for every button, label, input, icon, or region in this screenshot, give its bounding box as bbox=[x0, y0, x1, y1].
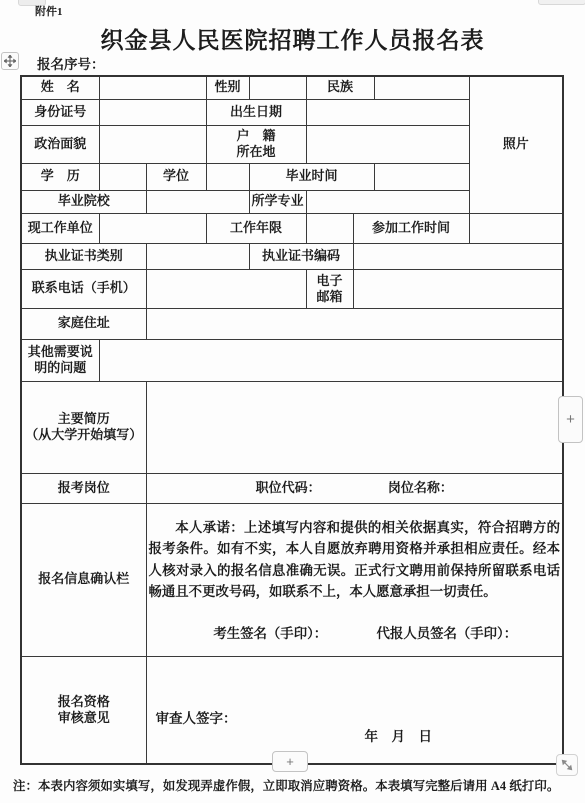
graduation-school-label-cell: 毕业院校 bbox=[21, 190, 146, 213]
phone-input-cell[interactable] bbox=[146, 269, 306, 308]
license-number-label-cell: 执业证书编码 bbox=[249, 243, 353, 269]
gender-label-cell: 性别 bbox=[206, 76, 249, 99]
ethnicity-input-cell[interactable] bbox=[374, 76, 469, 99]
review-date-line: 年 月 日 bbox=[365, 728, 433, 746]
plus-icon: + bbox=[286, 754, 294, 769]
insert-column-button[interactable]: + bbox=[558, 396, 583, 443]
license-type-input-cell[interactable] bbox=[146, 243, 249, 269]
graduation-time-label-cell: 毕业时间 bbox=[249, 163, 374, 190]
work-years-input-cell[interactable] bbox=[306, 213, 353, 243]
photo-cell[interactable]: 照片 bbox=[469, 76, 563, 213]
degree-input-cell[interactable] bbox=[206, 163, 249, 190]
confirmation-paragraph: 本人承诺：上述填写内容和提供的相关依据真实，符合招聘方的报考条件。如有不实，本人… bbox=[149, 517, 561, 603]
political-status-input-cell[interactable] bbox=[99, 125, 206, 163]
proxy-signature-label: 代报人员签名（手印）： bbox=[377, 626, 518, 641]
political-status-label-cell: 政治面貌 bbox=[21, 125, 99, 163]
insert-row-button[interactable]: + bbox=[272, 751, 308, 772]
qualification-review-content-cell[interactable]: 审查人签字： 年 月 日 bbox=[146, 656, 563, 764]
degree-label-cell: 学位 bbox=[146, 163, 206, 190]
work-start-time-label-cell: 参加工作时间 bbox=[353, 213, 469, 243]
page-title: 织金县人民医院招聘工作人员报名表 bbox=[0, 22, 585, 55]
signature-row: 考生签名（手印）： 代报人员签名（手印）： bbox=[149, 625, 561, 642]
table-move-handle[interactable] bbox=[1, 52, 19, 70]
gender-input-cell[interactable] bbox=[249, 76, 306, 99]
graduation-time-input-cell[interactable] bbox=[374, 163, 469, 190]
major-label-cell: 所学专业 bbox=[249, 190, 306, 213]
position-content-cell[interactable]: 职位代码： 岗位名称： bbox=[146, 473, 563, 503]
birth-date-label-cell: 出生日期 bbox=[206, 99, 306, 125]
home-address-label-cell: 家庭住址 bbox=[21, 308, 146, 339]
ethnicity-label-cell: 民族 bbox=[306, 76, 374, 99]
other-notes-input-cell[interactable] bbox=[99, 339, 563, 381]
license-type-label-cell: 执业证书类别 bbox=[21, 243, 146, 269]
major-input-cell[interactable] bbox=[306, 190, 469, 213]
other-notes-label-cell: 其他需要说 明的问题 bbox=[21, 339, 99, 381]
name-input-cell[interactable] bbox=[99, 76, 206, 99]
qualification-review-label-cell: 报名资格 审核意见 bbox=[21, 656, 146, 764]
serial-number-label: 报名序号： bbox=[37, 53, 105, 73]
graduation-school-input-cell[interactable] bbox=[146, 190, 249, 213]
email-input-cell[interactable] bbox=[353, 269, 563, 308]
confirmation-label-cell: 报名信息确认栏 bbox=[21, 503, 146, 656]
license-number-input-cell[interactable] bbox=[353, 243, 563, 269]
home-address-input-cell[interactable] bbox=[146, 308, 563, 339]
education-label-cell: 学 历 bbox=[21, 163, 99, 190]
resume-label-cell: 主要简历 （从大学开始填写） bbox=[21, 381, 146, 473]
household-input-cell[interactable] bbox=[306, 125, 469, 163]
table-resize-handle[interactable] bbox=[556, 754, 578, 776]
confirmation-content-cell[interactable]: 本人承诺：上述填写内容和提供的相关依据真实，符合招聘方的报考条件。如有不实，本人… bbox=[146, 503, 563, 656]
id-number-label-cell: 身份证号 bbox=[21, 99, 99, 125]
position-name-label: 岗位名称： bbox=[388, 480, 453, 495]
work-years-label-cell: 工作年限 bbox=[206, 213, 306, 243]
candidate-signature-label: 考生签名（手印）： bbox=[213, 626, 327, 641]
cropped-button-top-right bbox=[538, 0, 585, 5]
id-number-input-cell[interactable] bbox=[99, 99, 206, 125]
position-applied-label-cell: 报考岗位 bbox=[21, 473, 146, 503]
education-input-cell[interactable] bbox=[99, 163, 146, 190]
email-label-cell: 电子 邮箱 bbox=[306, 269, 353, 308]
resize-diagonal-icon bbox=[561, 759, 573, 771]
phone-label-cell: 联系电话（手机） bbox=[21, 269, 146, 308]
document-page: 附件1 织金县人民医院招聘工作人员报名表 报名序号： 姓 名 性别 民族 照片 bbox=[0, 0, 585, 803]
move-icon bbox=[4, 55, 16, 67]
current-employer-label-cell: 现工作单位 bbox=[21, 213, 99, 243]
household-label-cell: 户 籍 所在地 bbox=[206, 125, 306, 163]
plus-icon: + bbox=[566, 411, 575, 428]
name-label-cell: 姓 名 bbox=[21, 76, 99, 99]
application-form-table: 姓 名 性别 民族 照片 身份证号 出生日期 政治面貌 户 籍 所在地 bbox=[20, 75, 564, 765]
work-start-time-input-cell[interactable] bbox=[469, 213, 563, 243]
position-code-label: 职位代码： bbox=[256, 480, 321, 495]
attachment-label: 附件1 bbox=[35, 3, 63, 19]
resume-input-cell[interactable] bbox=[146, 381, 563, 473]
birth-date-input-cell[interactable] bbox=[306, 99, 469, 125]
reviewer-signature-label: 审查人签字： bbox=[156, 710, 237, 728]
current-employer-input-cell[interactable] bbox=[99, 213, 206, 243]
footer-note: 注：本表内容须如实填写，如发现弄虚作假，立即取消应聘资格。本表填写完整后请用 A… bbox=[13, 776, 573, 794]
